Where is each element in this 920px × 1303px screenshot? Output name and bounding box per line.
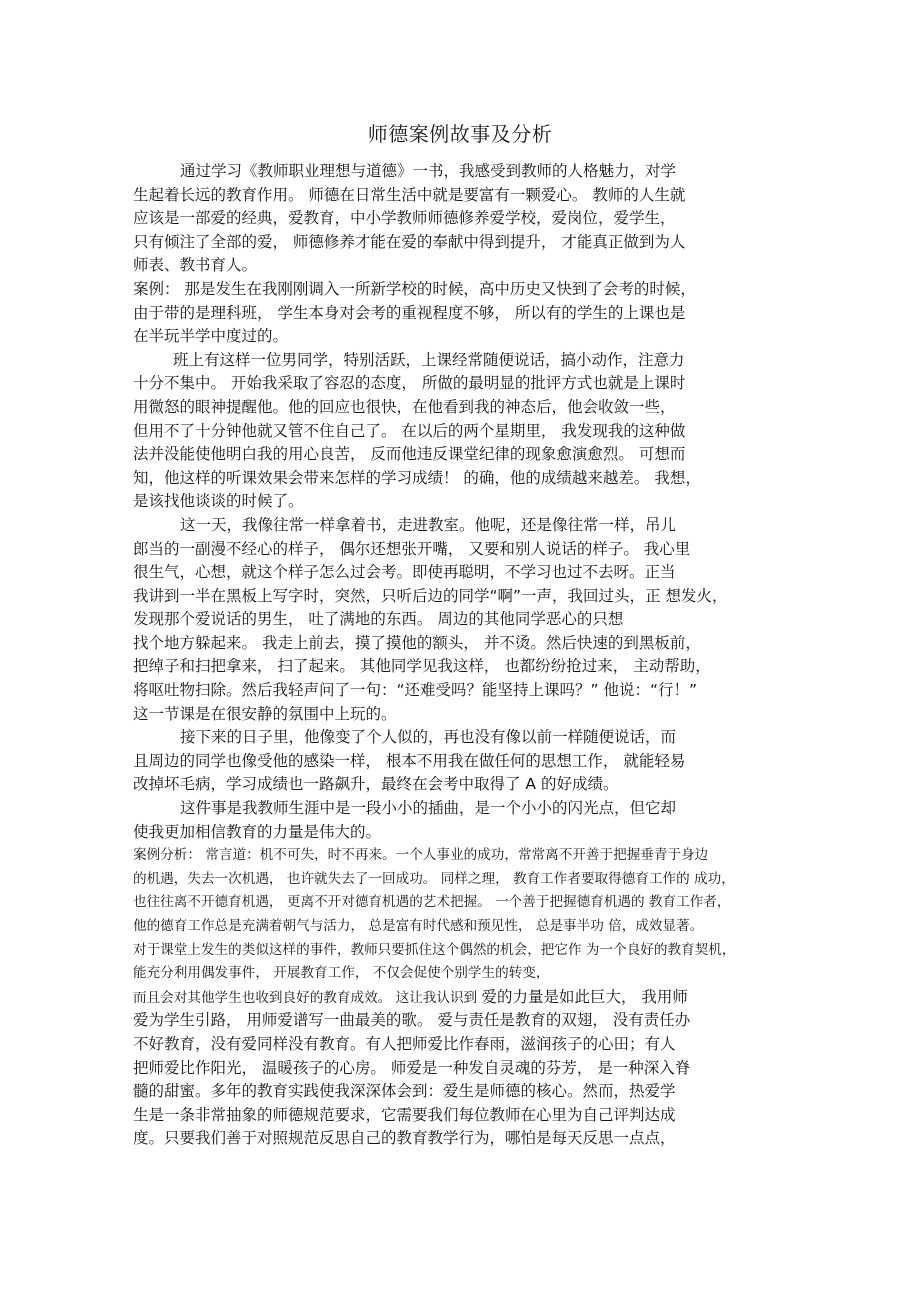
paragraph-line: 知，他这样的听课效果会带来怎样的学习成绩！ 的确，他的成绩越来越差。 我想， [133,467,793,491]
analysis-line: 他的德育工作总是充满着朝气与活力， 总是富有时代感和预见性， 总是事半功 倍，成… [133,915,793,939]
paragraph-line: 只有倾注了全部的爱， 师德修养才能在爱的奉献中得到提升， 才能真正做到为人 [133,231,793,255]
paragraph-line: 很生气，心想，就这个样子怎么过会考。即使再聪明，不学习也过不去呀。正当 [133,561,793,585]
paragraph-line: 发现那个爱说话的男生， 吐了满地的东西。 周边的其他同学恶心的只想 [133,608,793,632]
case-heading-line: 案例： 那是发生在我刚刚调入一所新学校的时候，高中历史又快到了会考的时候， [133,278,793,302]
analysis-line-normal-part: 爱的力量是如此巨大， 我用师 [481,988,687,1006]
paragraph-line: 使我更加相信教育的力量是伟大的。 [133,821,793,845]
paragraph-line: 通过学习《教师职业理想与道德》一书，我感受到教师的人格魅力，对学 [133,160,793,184]
paragraph-line: 将呕吐物扫除。然后我轻声问了一句：“还难受吗？能坚持上课吗？” 他说：“行！” [133,679,793,703]
analysis-line: 也往往离不开德育机遇， 更离不开对德育机遇的艺术把握。 一个善于把握德育机遇的 … [133,891,793,915]
paragraph-line: 我讲到一半在黑板上写字时，突然，只听后边的同学“啊”一声，我回过头，正 想发火， [133,585,793,609]
paragraph-line: 但用不了十分钟他就又管不住自己了。 在以后的两个星期里， 我发现我的这种做 [133,420,793,444]
document-body: 通过学习《教师职业理想与道德》一书，我感受到教师的人格魅力，对学 生起着长远的教… [133,160,793,1151]
paragraph-line: 师表、教书育人。 [133,254,793,278]
document-title: 师德案例故事及分析 [0,120,920,148]
paragraph-line: 十分不集中。 开始我采取了容忍的态度， 所做的最明显的批评方式也就是上课时 [133,372,793,396]
paragraph-line: 在半玩半学中度过的。 [133,325,793,349]
paragraph-line: 这一天，我像往常一样拿着书，走进教室。他呢，还是像往常一样，吊儿 [133,514,793,538]
paragraph-line: 是该找他谈谈的时候了。 [133,490,793,514]
paragraph-line: 班上有这样一位男同学，特别活跃，上课经常随便说话，搞小动作，注意力 [133,349,793,373]
paragraph-line: 且周边的同学也像受他的感染一样， 根本不用我在做任何的思想工作， 就能轻易 [133,750,793,774]
paragraph-line: 接下来的日子里，他像变了个人似的，再也没有像以前一样随便说话，而 [133,726,793,750]
paragraph-line: 不好教育，没有爱同样没有教育。有人把师爱比作春雨，滋润孩子的心田；有人 [133,1033,793,1057]
paragraph-line: 这一节课是在很安静的氛围中上玩的。 [133,703,793,727]
paragraph-line: 郎当的一副漫不经心的样子， 偶尔还想张开嘴， 又要和别人说话的样子。 我心里 [133,538,793,562]
paragraph-line: 应该是一部爱的经典，爱教育，中小学教师师德修养爱学校，爱岗位，爱学生， [133,207,793,231]
analysis-line: 的机遇，失去一次机遇， 也许就失去了一回成功。 同样之理， 教育工作者要取得德育… [133,868,793,892]
analysis-line: 对于课堂上发生的类似这样的事件，教师只要抓住这个偶然的机会，把它作 为一个良好的… [133,939,793,963]
analysis-line: 能充分利用偶发事件， 开展教育工作， 不仅会促使个别学生的转变， [133,962,793,986]
paragraph-line: 爱为学生引路， 用师爱谱写一曲最美的歌。 爱与责任是教育的双翅， 没有责任办 [133,1009,793,1033]
paragraph-line: 髓的甜蜜。多年的教育实践使我深深体会到：爱生是师德的核心。然而，热爱学 [133,1080,793,1104]
paragraph-line: 生是一条非常抽象的师德规范要求，它需要我们每位教师在心里为自己评判达成 [133,1104,793,1128]
analysis-line-small-part: 而且会对其他学生也收到良好的教育成效。 这让我认识到 [133,990,481,1006]
paragraph-line: 这件事是我教师生涯中是一段小小的插曲，是一个小小的闪光点，但它却 [133,797,793,821]
paragraph-line: 把绰子和扫把拿来， 扫了起来。 其他同学见我这样， 也都纷纷抢过来， 主动帮助， [133,655,793,679]
paragraph-line: 生起着长远的教育作用。 师德在日常生活中就是要富有一颗爱心。 教师的人生就 [133,184,793,208]
analysis-heading-line: 案例分析： 常言道：机不可失，时不再来。一个人事业的成功，常常离不开善于把握垂青… [133,844,793,868]
paragraph-line: 找个地方躲起来。 我走上前去，摸了摸他的额头， 并不烫。然后快速的到黑板前， [133,632,793,656]
paragraph-line: 改掉坏毛病，学习成绩也一路飙升，最终在会考中取得了 A 的好成绩。 [133,773,793,797]
paragraph-line: 度。只要我们善于对照规范反思自己的教育教学行为，哪怕是每天反思一点点， [133,1127,793,1151]
document-page: 师德案例故事及分析 通过学习《教师职业理想与道德》一书，我感受到教师的人格魅力，… [0,0,920,1303]
paragraph-line: 把师爱比作阳光， 温暖孩子的心房。 师爱是一种发自灵魂的芬芳， 是一种深入脊 [133,1057,793,1081]
paragraph-line: 法并没能使他明白我的用心良苦， 反而他违反课堂纪律的现象愈演愈烈。 可想而 [133,443,793,467]
paragraph-line: 由于带的是理科班， 学生本身对会考的重视程度不够， 所以有的学生的上课也是 [133,302,793,326]
analysis-mixed-line: 而且会对其他学生也收到良好的教育成效。 这让我认识到 爱的力量是如此巨大， 我用… [133,986,793,1010]
paragraph-line: 用微怒的眼神提醒他。他的回应也很快，在他看到我的神态后，他会收敛一些， [133,396,793,420]
